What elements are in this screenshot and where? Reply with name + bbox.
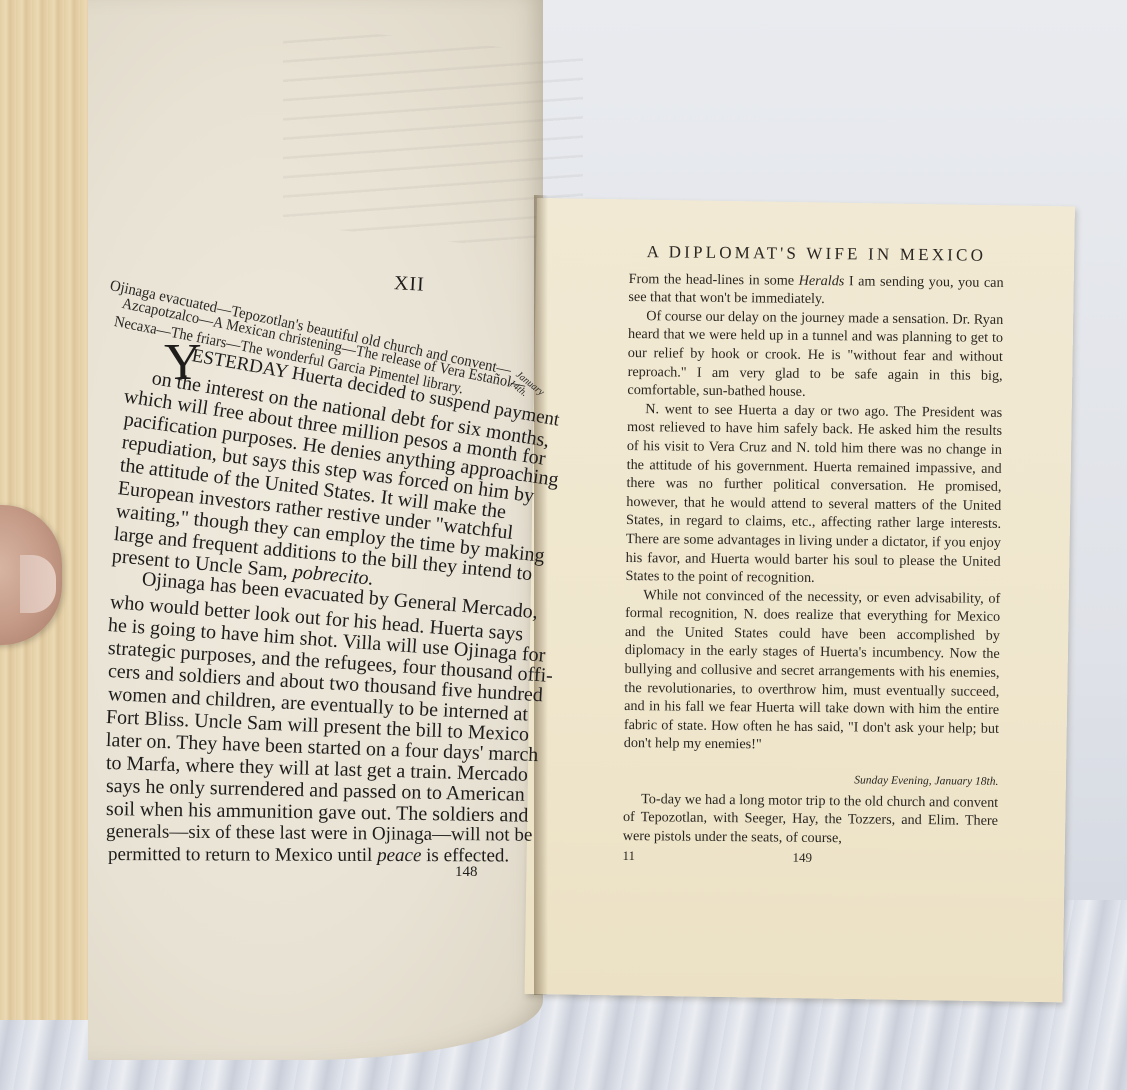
italic-word-heralds: Heralds <box>799 272 845 288</box>
chapter-number: XII <box>393 272 425 297</box>
page-number-right: 149 <box>792 849 812 868</box>
right-page-text: A DIPLOMAT'S WIFE IN MEXICO From the hea… <box>622 243 1004 871</box>
dateline: Sunday Evening, January 18th. <box>623 769 998 792</box>
paragraph: While not convinced of the necessity, or… <box>624 586 1001 757</box>
paragraph: To-day we had a long motor trip to the o… <box>623 790 999 850</box>
paragraph: From the head-lines in some Heralds I am… <box>628 270 1003 311</box>
gutter-shadow <box>534 195 548 995</box>
text-span: permitted to return to Mexico until <box>108 844 377 866</box>
page-footer: 11 149 <box>622 847 997 871</box>
signature-mark: 11 <box>622 847 635 866</box>
text-line: generals—six of these last were in Ojina… <box>106 821 533 847</box>
page-number-left: 148 <box>455 864 478 881</box>
running-head: A DIPLOMAT'S WIFE IN MEXICO <box>629 243 1004 266</box>
text-span: From the head-lines in some <box>629 271 799 289</box>
paragraph: Of course our delay on the journey made … <box>627 307 1003 404</box>
text-line: permitted to return to Mexico until peac… <box>108 844 509 867</box>
paragraph: N. went to see Huerta a day or two ago. … <box>625 400 1002 590</box>
italic-word-peace: peace <box>377 845 421 866</box>
